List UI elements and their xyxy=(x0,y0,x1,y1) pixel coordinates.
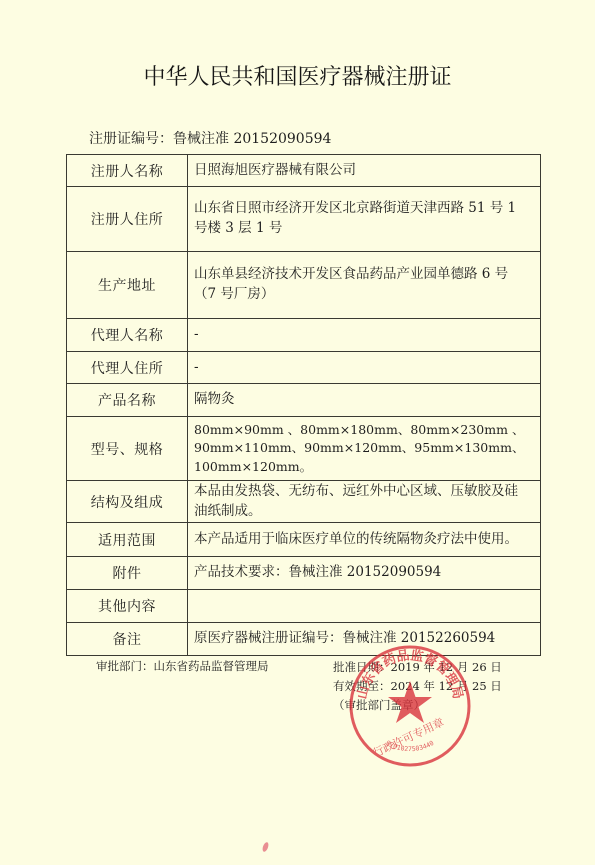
red-speck-mark xyxy=(261,841,269,852)
row-label: 产品名称 xyxy=(67,384,188,417)
seal-code: 3701027503440 xyxy=(385,739,436,753)
row-value: - xyxy=(188,352,541,384)
value-line: （7 号厂房） xyxy=(194,285,536,305)
value-line: 90mm×110mm、90mm×120mm、95mm×130mm、 xyxy=(194,439,536,457)
seal-note: （审批部门盖章） xyxy=(333,696,502,715)
row-label: 注册人名称 xyxy=(67,155,188,187)
row-label: 结构及组成 xyxy=(67,481,188,523)
value-line: 80mm×90mm 、80mm×180mm、80mm×230mm 、 xyxy=(194,421,536,439)
row-label: 型号、规格 xyxy=(67,417,188,481)
row-label: 代理人名称 xyxy=(67,319,188,352)
row-value: 原医疗器械注册证编号：鲁械注准 20152260594 xyxy=(188,623,541,656)
row-value: 隔物灸 xyxy=(188,384,541,417)
value-line: 油纸制成。 xyxy=(194,502,536,522)
table-row-agent-name: 代理人名称 - xyxy=(67,319,541,352)
cert-number-label: 注册证编号： xyxy=(89,131,173,147)
seal-inner-text: 行政许可专用章 xyxy=(370,715,446,760)
row-value: 山东单县经济技术开发区食品药品产业园单德路 6 号 （7 号厂房） xyxy=(188,252,541,319)
value-line: 本品由发热袋、无纺布、远红外中心区域、压敏胶及硅 xyxy=(194,482,536,502)
row-value xyxy=(188,590,541,623)
registration-table: 注册人名称 日照海旭医疗器械有限公司 注册人住所 山东省日照市经济开发区北京路街… xyxy=(66,154,541,656)
row-value: 本品由发热袋、无纺布、远红外中心区域、压敏胶及硅 油纸制成。 xyxy=(188,481,541,523)
row-label: 生产地址 xyxy=(67,252,188,319)
value-line: 100mm×120mm。 xyxy=(194,458,536,476)
row-value: 本产品适用于临床医疗单位的传统隔物灸疗法中使用。 xyxy=(188,523,541,557)
row-label: 备注 xyxy=(67,623,188,656)
row-value: - xyxy=(188,319,541,352)
table-row-other: 其他内容 xyxy=(67,590,541,623)
table-row-remark: 备注 原医疗器械注册证编号：鲁械注准 20152260594 xyxy=(67,623,541,656)
row-value: 产品技术要求：鲁械注准 20152090594 xyxy=(188,557,541,590)
row-label: 其他内容 xyxy=(67,590,188,623)
cert-number-value: 鲁械注准 20152090594 xyxy=(173,131,331,147)
page-title: 中华人民共和国医疗器械注册证 xyxy=(0,60,595,91)
approval-department: 审批部门：山东省药品监督管理局 xyxy=(96,658,269,674)
cert-number-line: 注册证编号：鲁械注准 20152090594 xyxy=(89,128,331,148)
table-row-attachment: 附件 产品技术要求：鲁械注准 20152090594 xyxy=(67,557,541,590)
row-label: 注册人住所 xyxy=(67,187,188,252)
value-line: 山东省日照市经济开发区北京路街道天津西路 51 号 1 xyxy=(194,199,536,219)
row-label: 代理人住所 xyxy=(67,352,188,384)
row-value: 山东省日照市经济开发区北京路街道天津西路 51 号 1 号楼 3 层 1 号 xyxy=(188,187,541,252)
approval-info: 批准日期：2019 年 12 月 26 日 有效期至：2024 年 12 月 2… xyxy=(333,658,502,715)
valid-until: 有效期至：2024 年 12 月 25 日 xyxy=(333,677,502,696)
table-row-registrant-name: 注册人名称 日照海旭医疗器械有限公司 xyxy=(67,155,541,187)
table-row-agent-address: 代理人住所 - xyxy=(67,352,541,384)
table-row-scope: 适用范围 本产品适用于临床医疗单位的传统隔物灸疗法中使用。 xyxy=(67,523,541,557)
row-label: 适用范围 xyxy=(67,523,188,557)
approval-date: 批准日期：2019 年 12 月 26 日 xyxy=(333,658,502,677)
row-label: 附件 xyxy=(67,557,188,590)
row-value: 日照海旭医疗器械有限公司 xyxy=(188,155,541,187)
value-line: 山东单县经济技术开发区食品药品产业园单德路 6 号 xyxy=(194,265,536,285)
table-row-registrant-address: 注册人住所 山东省日照市经济开发区北京路街道天津西路 51 号 1 号楼 3 层… xyxy=(67,187,541,252)
table-row-model-spec: 型号、规格 80mm×90mm 、80mm×180mm、80mm×230mm 、… xyxy=(67,417,541,481)
table-row-product-name: 产品名称 隔物灸 xyxy=(67,384,541,417)
value-line: 号楼 3 层 1 号 xyxy=(194,219,536,239)
table-row-structure: 结构及组成 本品由发热袋、无纺布、远红外中心区域、压敏胶及硅 油纸制成。 xyxy=(67,481,541,523)
table-row-production-address: 生产地址 山东单县经济技术开发区食品药品产业园单德路 6 号 （7 号厂房） xyxy=(67,252,541,319)
row-value: 80mm×90mm 、80mm×180mm、80mm×230mm 、 90mm×… xyxy=(188,417,541,481)
